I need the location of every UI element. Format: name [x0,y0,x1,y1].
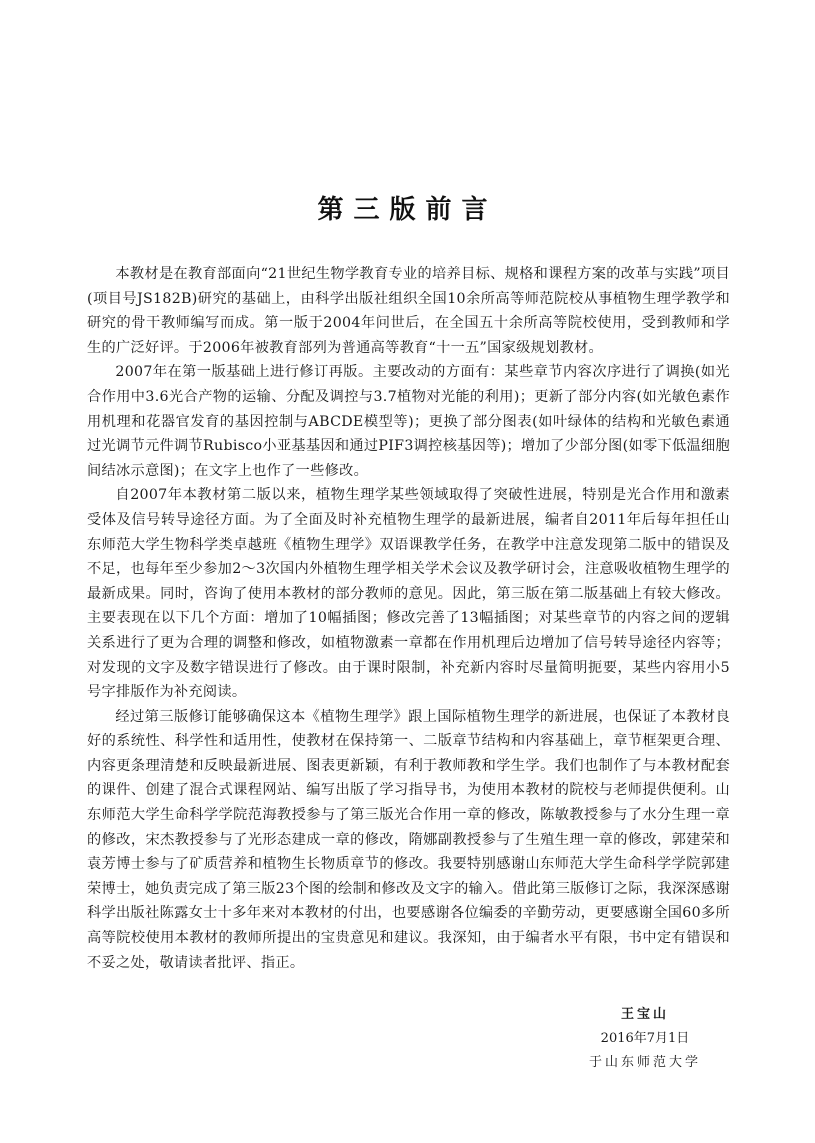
signature-block: 王宝山 2016年7月1日 于山东师范大学 [560,1003,730,1075]
author-name: 王宝山 [560,1003,730,1027]
page-title: 第三版前言 [0,189,815,226]
signature-place: 于山东师范大学 [560,1051,730,1075]
paragraph-1: 本教材是在教育部面向“21世纪生物学教育专业的培养目标、规格和课程方案的改革与实… [87,262,730,360]
signature-date: 2016年7月1日 [560,1027,730,1051]
paragraph-3: 自2007年本教材第二版以来，植物生理学某些领域取得了突破性进展，特别是光合作用… [87,483,730,704]
paragraph-4: 经过第三版修订能够确保这本《植物生理学》跟上国际植物生理学的新进展，也保证了本教… [87,705,730,976]
paragraph-2: 2007年在第一版基础上进行修订再版。主要改动的方面有：某些章节内容次序进行了调… [87,360,730,483]
preface-body: 本教材是在教育部面向“21世纪生物学教育专业的培养目标、规格和课程方案的改革与实… [87,262,730,975]
